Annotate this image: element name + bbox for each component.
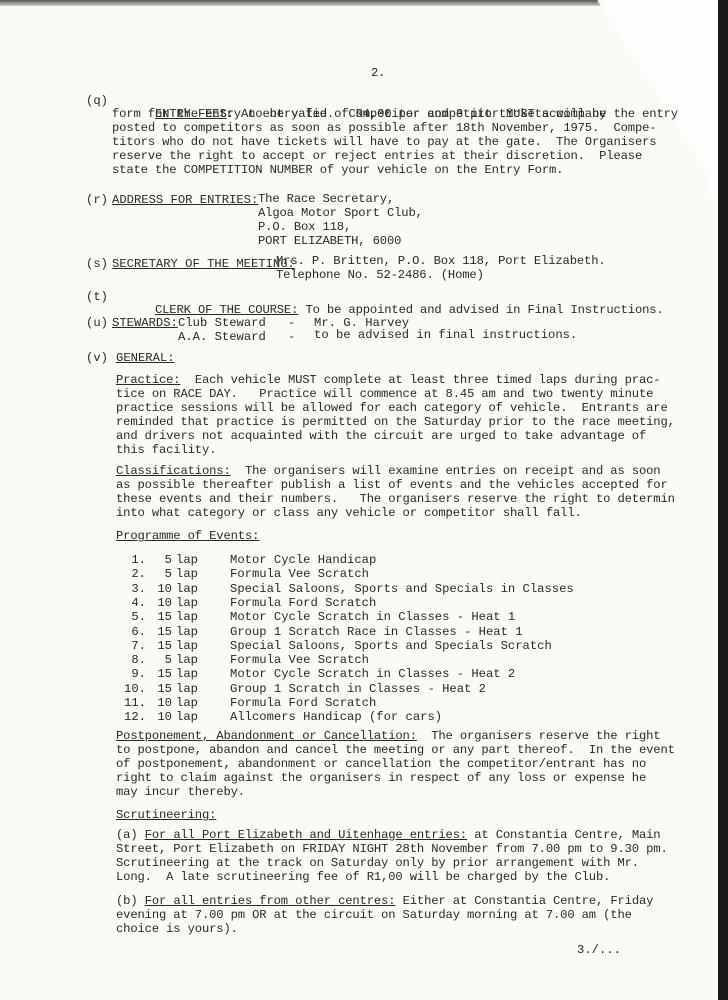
- event-laps: 10: [112, 696, 172, 710]
- event-laps: 15: [112, 667, 172, 681]
- section-heading: STEWARDS:: [112, 316, 178, 330]
- event-unit: lap: [176, 696, 198, 710]
- address-line: P.O. Box 118,: [258, 221, 351, 235]
- event-name: Formula Vee Scratch: [230, 653, 369, 667]
- section-heading: CLERK OF THE COURSE:: [155, 303, 298, 317]
- event-laps: 15: [112, 625, 172, 639]
- event-laps: 15: [112, 639, 172, 653]
- continuation-marker: 3./...: [577, 943, 621, 957]
- event-name: Special Saloons, Sports and Specials in …: [230, 582, 574, 596]
- event-unit: lap: [176, 653, 198, 667]
- section-heading: GENERAL:: [116, 351, 175, 365]
- event-laps: 10: [112, 596, 172, 610]
- section-heading: SECRETARY OF THE MEETING:: [112, 257, 295, 271]
- section-marker: (q): [86, 94, 108, 108]
- event-unit: lap: [176, 582, 198, 596]
- event-unit: lap: [176, 639, 198, 653]
- event-laps: 5: [112, 553, 172, 567]
- event-name: Motor Cycle Scratch in Classes - Heat 1: [230, 610, 515, 624]
- page-number: 2.: [371, 67, 385, 81]
- document-page: 2. (q) ENTRY FEES: An entry fee of R4,00…: [0, 0, 718, 1000]
- event-unit: lap: [176, 567, 198, 581]
- address-line: PORT ELIZABETH, 6000: [258, 235, 401, 249]
- event-name: Allcomers Handicap (for cars): [230, 710, 442, 724]
- event-unit: lap: [176, 682, 198, 696]
- event-laps: 5: [112, 653, 172, 667]
- programme-heading: Programme of Events:: [116, 530, 259, 544]
- section-heading: ADDRESS FOR ENTRIES:: [112, 193, 258, 207]
- event-laps: 10: [112, 710, 172, 724]
- event-laps: 15: [112, 682, 172, 696]
- event-laps: 5: [112, 567, 172, 581]
- event-name: Formula Ford Scratch: [230, 696, 376, 710]
- event-name: Group 1 Scratch Race in Classes - Heat 1: [230, 625, 523, 639]
- event-laps: 10: [112, 582, 172, 596]
- event-laps: 15: [112, 610, 172, 624]
- event-name: Special Saloons, Sports and Specials Scr…: [230, 639, 552, 653]
- event-unit: lap: [176, 553, 198, 567]
- scrutineering-heading: Scrutineering:: [116, 809, 216, 823]
- event-unit: lap: [176, 625, 198, 639]
- event-unit: lap: [176, 596, 198, 610]
- event-name: Formula Vee Scratch: [230, 567, 369, 581]
- address-line: The Race Secretary,: [258, 193, 394, 207]
- event-name: Motor Cycle Scratch in Classes - Heat 2: [230, 667, 515, 681]
- event-name: Formula Ford Scratch: [230, 596, 376, 610]
- address-line: Algoa Motor Sport Club,: [258, 207, 423, 221]
- event-unit: lap: [176, 710, 198, 724]
- event-unit: lap: [176, 610, 198, 624]
- event-name: Motor Cycle Handicap: [230, 553, 376, 567]
- event-name: Group 1 Scratch in Classes - Heat 2: [230, 682, 486, 696]
- event-unit: lap: [176, 667, 198, 681]
